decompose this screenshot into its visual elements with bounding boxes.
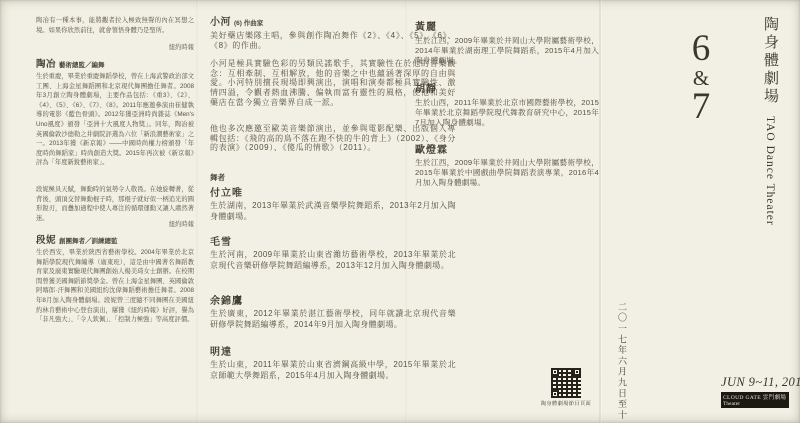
dancer-bio: 生於山東，2011年畢業於山東省濟鋼高級中學，2015年畢業於北京師範大學舞蹈系…	[210, 360, 456, 381]
venue-name: CLOUD GATE 雲門劇場	[723, 393, 787, 401]
cover-title-numbers: 6 & 7	[684, 34, 718, 122]
company-title-cjk: 陶身體劇場	[762, 16, 778, 106]
vertical-company-title: 陶身體劇場TAO Dance Theater	[760, 16, 781, 316]
vertical-date: 二〇一七年六月九日至十一日	[616, 302, 629, 420]
dancer-name: 毛雪	[210, 233, 232, 248]
company-title-en: TAO Dance Theater	[764, 116, 776, 226]
qr-finder-icon	[551, 368, 559, 376]
dancer-bio: 生於江西，2009年畢業於井岡山大學附屬藝術學校，2015年畢業於中國戲曲學院舞…	[415, 158, 599, 188]
dancer-name: 付立唯	[210, 184, 243, 199]
fold-crease-left	[196, 0, 199, 423]
fold-crease-right	[599, 0, 602, 423]
date-english: JUN 9~11, 2017	[721, 375, 800, 390]
quote-source: 紐約時報	[36, 219, 194, 228]
dancer-name: 余錦鷹	[210, 292, 243, 307]
composer-name: 小河	[210, 17, 231, 28]
quote-nytimes-tao: 陶冶有一種本事，能將觀者拉入極致無聲的內在冥想之境。如果你欣然前往，就會領悟身體…	[36, 16, 194, 35]
composer-role: (6) 作曲家	[234, 20, 263, 27]
qr-finder-icon	[573, 368, 581, 376]
section-header-composer: 小河(6) 作曲家	[210, 12, 263, 30]
founder-role: 創團舞者／訓練總監	[59, 238, 118, 245]
qr-finder-icon	[551, 390, 559, 398]
quote-nytimes-duan: 段妮極具天賦，舞動時的氣勢令人敬畏。在她旋轉著，從背後、頭頂交替舞動棍子時，那棍…	[36, 185, 194, 223]
director-role: 藝術總監／編舞	[59, 62, 105, 69]
brochure-page: 陶冶有一種本事，能將觀者拉入極致無聲的內在冥想之境。如果你欣然前往，就會領悟身體…	[0, 0, 800, 423]
quote-source: 紐約時報	[36, 42, 194, 51]
dancer-name: 胡靜	[415, 80, 437, 95]
venue-logo: CLOUD GATE 雲門劇場 Theater	[721, 392, 789, 408]
venue-sub: Theater	[723, 401, 787, 407]
dancer-bio: 生於廣東，2012年畢業於湛江藝術學校，同年就讀北京現代音樂研修學院舞蹈編導系，…	[210, 309, 456, 330]
qr-code	[551, 368, 581, 398]
section-header-founder: 段妮創團舞者／訓練總監	[36, 230, 118, 248]
dancer-bio: 生於山西，2011年畢業於北京市國際藝術學校，2015年畢業於北京舞蹈學院現代舞…	[415, 98, 599, 128]
cover-number-7: 7	[692, 92, 711, 122]
director-name: 陶冶	[36, 59, 56, 70]
founder-name: 段妮	[36, 235, 56, 246]
director-bio: 生於重慶，畢業於重慶舞蹈學校，曾在上海武警政治部文工團、上海金星舞蹈團和北京現代…	[36, 72, 194, 168]
section-header-director: 陶冶藝術總監／編舞	[36, 54, 105, 72]
cover-number-6: 6	[692, 34, 711, 64]
dancers-section-label: 舞者	[210, 172, 225, 183]
dancer-name: 歐燈霖	[415, 141, 448, 156]
dancer-name: 明達	[210, 343, 232, 358]
dancer-bio: 生於江西，2009年畢業於井岡山大學附屬藝術學校，2014年畢業於湖南理工學院舞…	[415, 36, 599, 66]
founder-bio: 生於西安，畢業於陝西省藝術學校。2004年畢業於北京舞蹈學院現代舞編導（廣東班）…	[36, 248, 194, 325]
dancer-bio: 生於湖南，2013年畢業於武漢音樂學院舞蹈系，2013年2月加入陶身體劇場。	[210, 201, 456, 222]
dancer-name: 黃麗	[415, 18, 437, 33]
dancer-bio: 生於河南，2009年畢業於山東省濰坊藝術學校，2013年畢業於北京現代音樂研修學…	[210, 250, 456, 271]
qr-caption: 陶身體劇場節目頁面	[531, 400, 601, 407]
